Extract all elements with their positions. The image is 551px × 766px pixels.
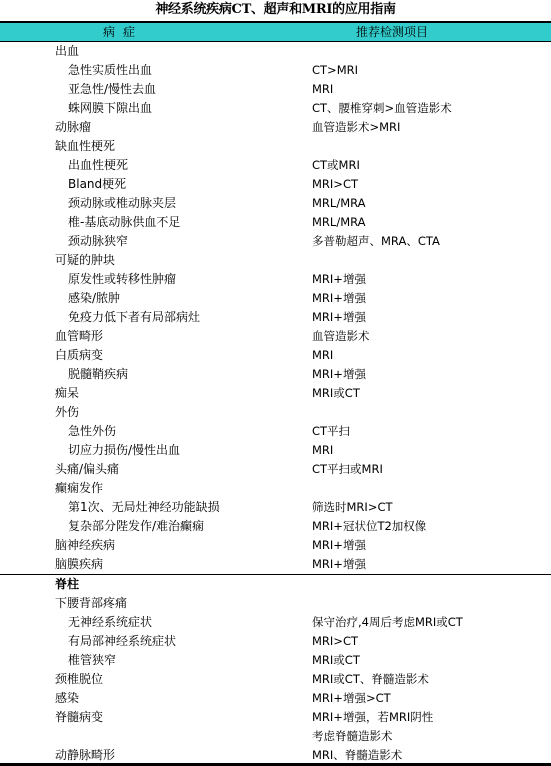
disease-cell: Bland梗死 [68, 175, 126, 194]
disease-cell: 外伤 [55, 403, 79, 422]
header-recommended-test: 推荐检测项目 [356, 23, 428, 41]
table-row: 考虑脊髓造影术 [0, 727, 551, 746]
table-row: 原发性或转移性肿瘤MRI+增强 [0, 270, 551, 289]
disease-cell: 动脉瘤 [55, 118, 91, 137]
test-cell: MRL/MRA [312, 194, 366, 213]
table-row: 复杂部分陛发作/难治癫痫MRI+冠状位T2加权像 [0, 517, 551, 536]
table-header: 病症 推荐检测项目 [0, 23, 551, 42]
disease-cell: 椎-基底动脉供血不足 [68, 213, 180, 232]
section-title: 脊柱 [55, 575, 79, 594]
table-row: 白质病变MRI [0, 346, 551, 365]
disease-cell: 脱髓鞘疾病 [68, 365, 128, 384]
table-row: 血管畸形血管造影术 [0, 327, 551, 346]
test-cell: MRI+增强 [312, 555, 366, 574]
table-row: 外伤 [0, 403, 551, 422]
disease-cell: 蛛网膜下隙出血 [68, 99, 152, 118]
test-cell: MRI+增强>CT [312, 689, 391, 708]
test-cell: MRI+增强 [312, 536, 366, 555]
test-cell: MRI>CT [312, 632, 358, 651]
test-cell: 保守治疗,4周后考虑MRI或CT [312, 613, 463, 632]
disease-cell: 血管畸形 [55, 327, 103, 346]
table-row: 脑神经疾病MRI+增强 [0, 536, 551, 555]
table-row: Bland梗死MRI>CT [0, 175, 551, 194]
disease-cell: 感染/脓肿 [68, 289, 120, 308]
test-cell: 考虑脊髓造影术 [312, 727, 393, 746]
test-cell: 血管造影术>MRI [312, 118, 400, 137]
table-row: 感染MRI+增强>CT [0, 689, 551, 708]
disease-cell: 癫痫发作 [55, 479, 103, 498]
disease-cell: 出血 [55, 42, 79, 61]
disease-cell: 急性实质性出血 [68, 61, 152, 80]
table-row: 颈动脉狭窄多普勒超声、MRA、CTA [0, 232, 551, 251]
disease-cell: 缺血性梗死 [55, 137, 115, 156]
table-row: 急性外伤CT平扫 [0, 422, 551, 441]
document-title: 神经系统疾病CT、超声和MRI的应用指南 [0, 2, 551, 18]
table-row: 急性实质性出血CT>MRI [0, 61, 551, 80]
table-row: 椎-基底动脉供血不足MRL/MRA [0, 213, 551, 232]
disease-cell: 颈椎脱位 [55, 670, 103, 689]
test-cell: MRI+增强，若MRI阴性 [312, 708, 433, 727]
disease-cell: 脊髓病变 [55, 708, 103, 727]
disease-cell: 复杂部分陛发作/难治癫痫 [68, 517, 204, 536]
table-row: 第1次、无局灶神经功能缺损筛选时MRI>CT [0, 498, 551, 517]
test-cell: MRI [312, 441, 333, 460]
table-row: 可疑的肿块 [0, 251, 551, 270]
test-cell: MRI [312, 346, 333, 365]
table-row: 头痛/偏头痛CT平扫或MRI [0, 460, 551, 479]
test-cell: CT、腰椎穿刺>血管造影术 [312, 99, 452, 118]
table-row: 椎管狭窄MRI或CT [0, 651, 551, 670]
disease-cell: 第1次、无局灶神经功能缺损 [68, 498, 220, 517]
test-cell: MRI或CT、脊髓造影术 [312, 670, 429, 689]
spine-section: 脊柱 下腰背部疼痛 无神经系统症状保守治疗,4周后考虑MRI或CT 有局部神经系… [0, 575, 551, 765]
disease-cell: 下腰背部疼痛 [55, 594, 127, 613]
disease-cell: 无神经系统症状 [68, 613, 152, 632]
disease-cell: 可疑的肿块 [55, 251, 115, 270]
test-cell: CT>MRI [312, 61, 358, 80]
table-row: 出血性梗死CT或MRI [0, 156, 551, 175]
test-cell: MRI>CT [312, 175, 358, 194]
test-cell: CT平扫 [312, 422, 350, 441]
table-row: 出血 [0, 42, 551, 61]
disease-cell: 痴呆 [55, 384, 79, 403]
table-row: 痴呆MRI或CT [0, 384, 551, 403]
disease-cell: 免疫力低下者有局部病灶 [68, 308, 200, 327]
test-cell: MRI+增强 [312, 308, 366, 327]
table-row: 缺血性梗死 [0, 137, 551, 156]
header-disease: 病症 [103, 23, 143, 41]
disease-cell: 切应力损伤/慢性出血 [68, 441, 180, 460]
table-row: 切应力损伤/慢性出血MRI [0, 441, 551, 460]
test-cell: MRI或CT [312, 651, 360, 670]
test-cell: MRI+增强 [312, 270, 366, 289]
disease-cell: 有局部神经系统症状 [68, 632, 176, 651]
disease-cell: 白质病变 [55, 346, 103, 365]
test-cell: MRI+冠状位T2加权像 [312, 517, 426, 536]
table-row: 下腰背部疼痛 [0, 594, 551, 613]
disease-cell: 亚急性/慢性去血 [68, 80, 156, 99]
test-cell: MRI+增强 [312, 365, 366, 384]
table-row: 动脉瘤血管造影术>MRI [0, 118, 551, 137]
table-row: 无神经系统症状保守治疗,4周后考虑MRI或CT [0, 613, 551, 632]
test-cell: MRL/MRA [312, 213, 366, 232]
test-cell: CT平扫或MRI [312, 460, 383, 479]
table-body: 出血 急性实质性出血CT>MRI 亚急性/慢性去血MRI 蛛网膜下隙出血CT、腰… [0, 42, 551, 574]
table-row: 颈椎脱位MRI或CT、脊髓造影术 [0, 670, 551, 689]
table-row: 脊髓病变MRI+增强，若MRI阴性 [0, 708, 551, 727]
table-row: 脑膜疾病MRI+增强 [0, 555, 551, 574]
disease-cell: 椎管狭窄 [68, 651, 116, 670]
test-cell: CT或MRI [312, 156, 360, 175]
test-cell: 筛选时MRI>CT [312, 498, 393, 517]
disease-cell: 原发性或转移性肿瘤 [68, 270, 176, 289]
disease-cell: 头痛/偏头痛 [55, 460, 119, 479]
test-cell: MRI或CT [312, 384, 360, 403]
table-row: 感染/脓肿MRI+增强 [0, 289, 551, 308]
disease-cell: 出血性梗死 [68, 156, 128, 175]
test-cell: MRI+增强 [312, 289, 366, 308]
table-row: 蛛网膜下隙出血CT、腰椎穿刺>血管造影术 [0, 99, 551, 118]
disease-cell: 急性外伤 [68, 422, 116, 441]
disease-cell: 颈动脉或椎动脉夹层 [68, 194, 176, 213]
section-heading: 脊柱 [0, 575, 551, 594]
test-cell: MRI [312, 80, 333, 99]
table-row: 亚急性/慢性去血MRI [0, 80, 551, 99]
disease-cell: 颈动脉狭窄 [68, 232, 128, 251]
test-cell: 血管造影术 [312, 327, 370, 346]
disease-cell: 脑神经疾病 [55, 536, 115, 555]
table-row: 免疫力低下者有局部病灶MRI+增强 [0, 308, 551, 327]
test-cell: 多普勒超声、MRA、CTA [312, 232, 440, 251]
table-row: 有局部神经系统症状MRI>CT [0, 632, 551, 651]
table-row: 颈动脉或椎动脉夹层MRL/MRA [0, 194, 551, 213]
disease-cell: 脑膜疾病 [55, 555, 103, 574]
disease-cell: 感染 [55, 689, 79, 708]
table-row: 癫痫发作 [0, 479, 551, 498]
table-row: 脱髓鞘疾病MRI+增强 [0, 365, 551, 384]
